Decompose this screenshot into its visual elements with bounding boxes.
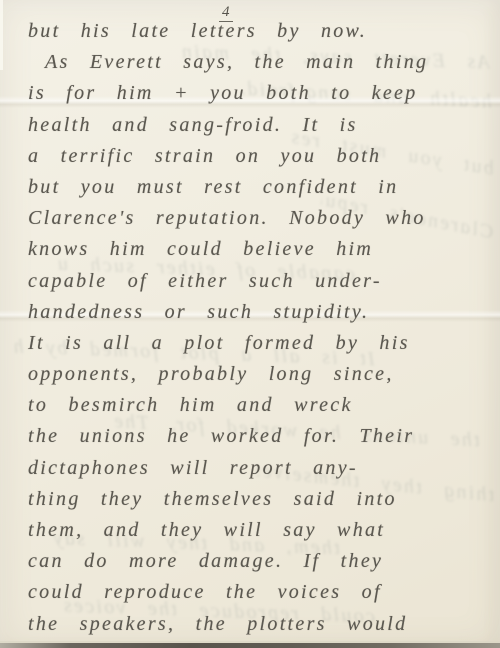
handwritten-line: a terrific strain on you both [28, 141, 490, 172]
handwritten-line: them, and they will say what [28, 515, 490, 546]
letter-page: As Everett says, the main thing health a… [0, 0, 500, 648]
handwritten-line: dictaphones will report any- [28, 453, 490, 484]
handwritten-line: knows him could believe him [28, 234, 490, 265]
handwritten-line: but his late letters by now. [28, 16, 490, 47]
paper-edge-shadow [0, 643, 500, 648]
handwritten-line: the unions he worked for. Their [28, 421, 490, 452]
handwritten-line: opponents, probably long since, [28, 359, 490, 390]
handwritten-line: can do more damage. If they [28, 546, 490, 577]
handwritten-line: handedness or such stupidity. [28, 297, 490, 328]
handwritten-line: health and sang-froid. It is [28, 110, 490, 141]
handwritten-line: but you must rest confident in [28, 172, 490, 203]
handwritten-line: capable of either such under- [28, 266, 490, 297]
handwritten-line: is for him + you both to keep [28, 78, 490, 109]
handwritten-line: It is all a plot formed by his [28, 328, 490, 359]
handwritten-line: As Everett says, the main thing [28, 47, 490, 78]
letter-text: but his late letters by now. As Everett … [28, 16, 490, 640]
handwritten-line: could reproduce the voices of [28, 577, 490, 608]
handwritten-line: to besmirch him and wreck [28, 390, 490, 421]
paper-edge-highlight [0, 0, 3, 70]
handwritten-line: Clarence's reputation. Nobody who [28, 203, 490, 234]
handwritten-line: thing they themselves said into [28, 484, 490, 515]
handwritten-line: the speakers, the plotters would [28, 609, 490, 640]
